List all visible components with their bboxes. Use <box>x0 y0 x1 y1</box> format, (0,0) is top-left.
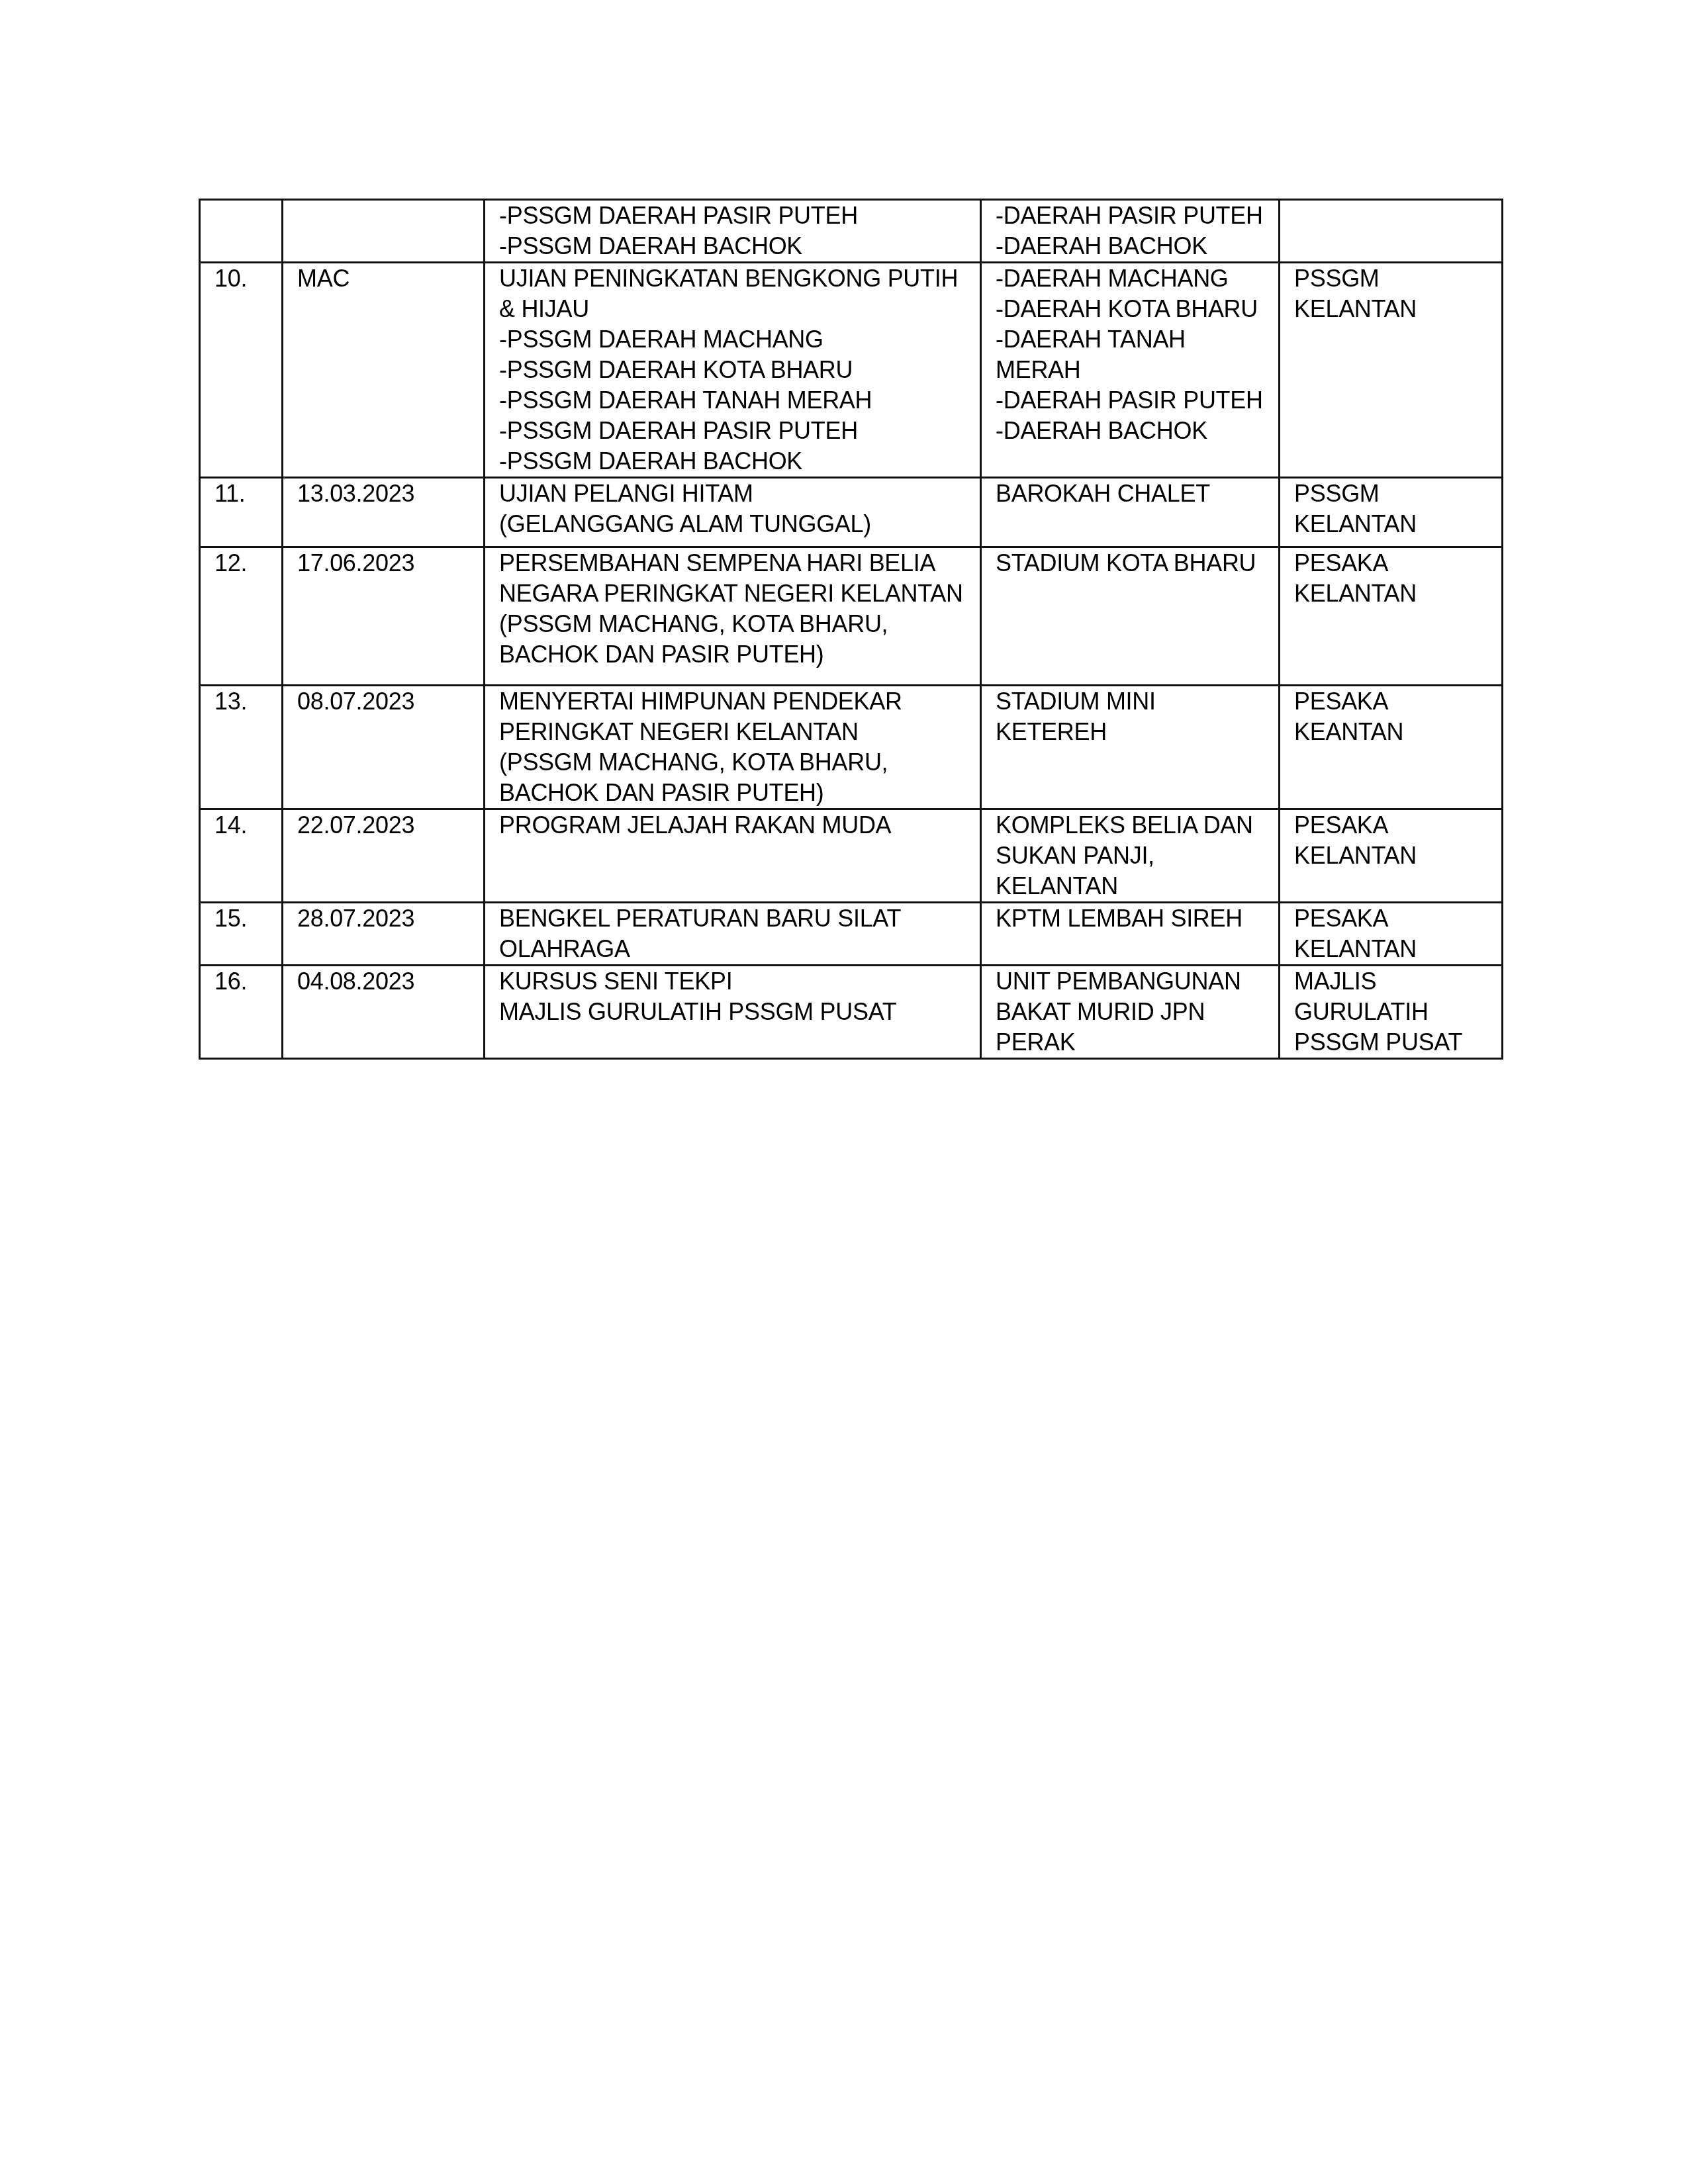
organizer-line: PSSGM <box>1294 263 1488 294</box>
row-number-cell: 14. <box>200 809 283 903</box>
organizer-cell <box>1280 200 1503 263</box>
row-number-cell: 11. <box>200 478 283 547</box>
organizer-cell: PSSGMKELANTAN <box>1280 263 1503 478</box>
organizer-line: KELANTAN <box>1294 294 1488 324</box>
venue-line: STADIUM MINI <box>996 686 1265 717</box>
no-text: 16. <box>214 966 268 997</box>
venue-line: -DAERAH KOTA BHARU <box>996 294 1265 324</box>
organizer-line: KELANTAN <box>1294 578 1488 609</box>
activity-cell: PROGRAM JELAJAH RAKAN MUDA <box>485 809 981 903</box>
activity-cell: KURSUS SENI TEKPIMAJLIS GURULATIH PSSGM … <box>485 966 981 1059</box>
date-text: 04.08.2023 <box>297 966 470 997</box>
activity-line: (PSSGM MACHANG, KOTA BHARU, <box>499 609 966 639</box>
organizer-line: KEANTAN <box>1294 717 1488 747</box>
venue-line: STADIUM KOTA BHARU <box>996 548 1265 578</box>
row-number-cell: 16. <box>200 966 283 1059</box>
date-cell: 22.07.2023 <box>283 809 485 903</box>
date-text: 08.07.2023 <box>297 686 470 717</box>
activity-line: PERSEMBAHAN SEMPENA HARI BELIA <box>499 548 966 578</box>
venue-cell: KPTM LEMBAH SIREH <box>981 903 1280 966</box>
venue-line: -DAERAH MACHANG <box>996 263 1265 294</box>
activity-line: BACHOK DAN PASIR PUTEH) <box>499 639 966 670</box>
organizer-line: MAJLIS <box>1294 966 1488 997</box>
date-cell: 04.08.2023 <box>283 966 485 1059</box>
date-text: MAC <box>297 263 470 294</box>
activity-line: -PSSGM DAERAH MACHANG <box>499 324 966 355</box>
table-row: 13.08.07.2023MENYERTAI HIMPUNAN PENDEKAR… <box>200 686 1503 809</box>
date-text: 17.06.2023 <box>297 548 470 578</box>
no-text: 12. <box>214 548 268 578</box>
venue-cell: -DAERAH MACHANG-DAERAH KOTA BHARU-DAERAH… <box>981 263 1280 478</box>
activity-cell: BENGKEL PERATURAN BARU SILATOLAHRAGA <box>485 903 981 966</box>
date-cell: MAC <box>283 263 485 478</box>
venue-line: BAKAT MURID JPN <box>996 997 1265 1027</box>
no-text: 10. <box>214 263 268 294</box>
table-body: -PSSGM DAERAH PASIR PUTEH-PSSGM DAERAH B… <box>200 200 1503 1059</box>
activity-line: (PSSGM MACHANG, KOTA BHARU, <box>499 747 966 778</box>
activity-line: -PSSGM DAERAH KOTA BHARU <box>499 355 966 385</box>
activity-line: UJIAN PELANGI HITAM <box>499 478 966 509</box>
venue-cell: UNIT PEMBANGUNANBAKAT MURID JPNPERAK <box>981 966 1280 1059</box>
venue-cell: -DAERAH PASIR PUTEH-DAERAH BACHOK <box>981 200 1280 263</box>
table-row: 12.17.06.2023PERSEMBAHAN SEMPENA HARI BE… <box>200 547 1503 686</box>
table-row: 10.MACUJIAN PENINGKATAN BENGKONG PUTIH& … <box>200 263 1503 478</box>
venue-cell: STADIUM KOTA BHARU <box>981 547 1280 686</box>
venue-line: KOMPLEKS BELIA DAN <box>996 810 1265 841</box>
activity-line: MENYERTAI HIMPUNAN PENDEKAR <box>499 686 966 717</box>
table-row: 14.22.07.2023PROGRAM JELAJAH RAKAN MUDAK… <box>200 809 1503 903</box>
organizer-cell: PESAKAKELANTAN <box>1280 547 1503 686</box>
date-cell: 17.06.2023 <box>283 547 485 686</box>
organizer-line: PESAKA <box>1294 810 1488 841</box>
date-text: 22.07.2023 <box>297 810 470 841</box>
activity-line: -PSSGM DAERAH PASIR PUTEH <box>499 416 966 446</box>
row-number-cell: 15. <box>200 903 283 966</box>
activity-cell: UJIAN PENINGKATAN BENGKONG PUTIH& HIJAU-… <box>485 263 981 478</box>
activity-line: MAJLIS GURULATIH PSSGM PUSAT <box>499 997 966 1027</box>
organizer-cell: PSSGMKELANTAN <box>1280 478 1503 547</box>
activity-line: NEGARA PERINGKAT NEGERI KELANTAN <box>499 578 966 609</box>
no-text: 15. <box>214 903 268 934</box>
activity-line: -PSSGM DAERAH PASIR PUTEH <box>499 201 966 231</box>
table-row: -PSSGM DAERAH PASIR PUTEH-PSSGM DAERAH B… <box>200 200 1503 263</box>
activity-line: BACHOK DAN PASIR PUTEH) <box>499 778 966 808</box>
activity-line: OLAHRAGA <box>499 934 966 964</box>
activity-line: (GELANGGANG ALAM TUNGGAL) <box>499 509 966 539</box>
venue-line: -DAERAH BACHOK <box>996 231 1265 261</box>
organizer-line: KELANTAN <box>1294 934 1488 964</box>
organizer-line: PSSGM PUSAT <box>1294 1027 1488 1058</box>
venue-line: BAROKAH CHALET <box>996 478 1265 509</box>
row-number-cell: 10. <box>200 263 283 478</box>
organizer-line: PESAKA <box>1294 903 1488 934</box>
organizer-cell: PESAKAKEANTAN <box>1280 686 1503 809</box>
organizer-cell: PESAKAKELANTAN <box>1280 903 1503 966</box>
activity-line: -PSSGM DAERAH BACHOK <box>499 446 966 477</box>
organizer-line: KELANTAN <box>1294 841 1488 871</box>
venue-line: -DAERAH TANAH <box>996 324 1265 355</box>
no-text: 14. <box>214 810 268 841</box>
activity-cell: -PSSGM DAERAH PASIR PUTEH-PSSGM DAERAH B… <box>485 200 981 263</box>
activity-line: UJIAN PENINGKATAN BENGKONG PUTIH <box>499 263 966 294</box>
activity-line: PROGRAM JELAJAH RAKAN MUDA <box>499 810 966 841</box>
activity-line: BENGKEL PERATURAN BARU SILAT <box>499 903 966 934</box>
date-cell: 28.07.2023 <box>283 903 485 966</box>
table-row: 16.04.08.2023KURSUS SENI TEKPIMAJLIS GUR… <box>200 966 1503 1059</box>
venue-line: KETEREH <box>996 717 1265 747</box>
venue-cell: KOMPLEKS BELIA DANSUKAN PANJI,KELANTAN <box>981 809 1280 903</box>
activity-cell: PERSEMBAHAN SEMPENA HARI BELIANEGARA PER… <box>485 547 981 686</box>
venue-cell: STADIUM MINIKETEREH <box>981 686 1280 809</box>
date-cell: 08.07.2023 <box>283 686 485 809</box>
no-text: 11. <box>214 478 268 509</box>
venue-line: MERAH <box>996 355 1265 385</box>
venue-line: KELANTAN <box>996 871 1265 901</box>
row-number-cell <box>200 200 283 263</box>
table-row: 15.28.07.2023BENGKEL PERATURAN BARU SILA… <box>200 903 1503 966</box>
activity-schedule-table: -PSSGM DAERAH PASIR PUTEH-PSSGM DAERAH B… <box>199 199 1503 1060</box>
venue-line: KPTM LEMBAH SIREH <box>996 903 1265 934</box>
venue-line: SUKAN PANJI, <box>996 841 1265 871</box>
activity-cell: MENYERTAI HIMPUNAN PENDEKARPERINGKAT NEG… <box>485 686 981 809</box>
organizer-line: PESAKA <box>1294 686 1488 717</box>
activity-cell: UJIAN PELANGI HITAM(GELANGGANG ALAM TUNG… <box>485 478 981 547</box>
venue-line: -DAERAH PASIR PUTEH <box>996 385 1265 416</box>
venue-line: UNIT PEMBANGUNAN <box>996 966 1265 997</box>
activity-line: -PSSGM DAERAH TANAH MERAH <box>499 385 966 416</box>
date-cell: 13.03.2023 <box>283 478 485 547</box>
table-row: 11.13.03.2023UJIAN PELANGI HITAM(GELANGG… <box>200 478 1503 547</box>
activity-line: KURSUS SENI TEKPI <box>499 966 966 997</box>
activity-line: -PSSGM DAERAH BACHOK <box>499 231 966 261</box>
row-number-cell: 13. <box>200 686 283 809</box>
organizer-line: KELANTAN <box>1294 509 1488 539</box>
venue-cell: BAROKAH CHALET <box>981 478 1280 547</box>
activity-line: PERINGKAT NEGERI KELANTAN <box>499 717 966 747</box>
activity-line: & HIJAU <box>499 294 966 324</box>
venue-line: PERAK <box>996 1027 1265 1058</box>
date-cell <box>283 200 485 263</box>
document-page: -PSSGM DAERAH PASIR PUTEH-PSSGM DAERAH B… <box>0 0 1688 2184</box>
no-text: 13. <box>214 686 268 717</box>
organizer-cell: PESAKAKELANTAN <box>1280 809 1503 903</box>
venue-line: -DAERAH PASIR PUTEH <box>996 201 1265 231</box>
date-text: 28.07.2023 <box>297 903 470 934</box>
organizer-line: PSSGM <box>1294 478 1488 509</box>
row-number-cell: 12. <box>200 547 283 686</box>
organizer-cell: MAJLISGURULATIHPSSGM PUSAT <box>1280 966 1503 1059</box>
organizer-line: GURULATIH <box>1294 997 1488 1027</box>
date-text: 13.03.2023 <box>297 478 470 509</box>
venue-line: -DAERAH BACHOK <box>996 416 1265 446</box>
organizer-line: PESAKA <box>1294 548 1488 578</box>
